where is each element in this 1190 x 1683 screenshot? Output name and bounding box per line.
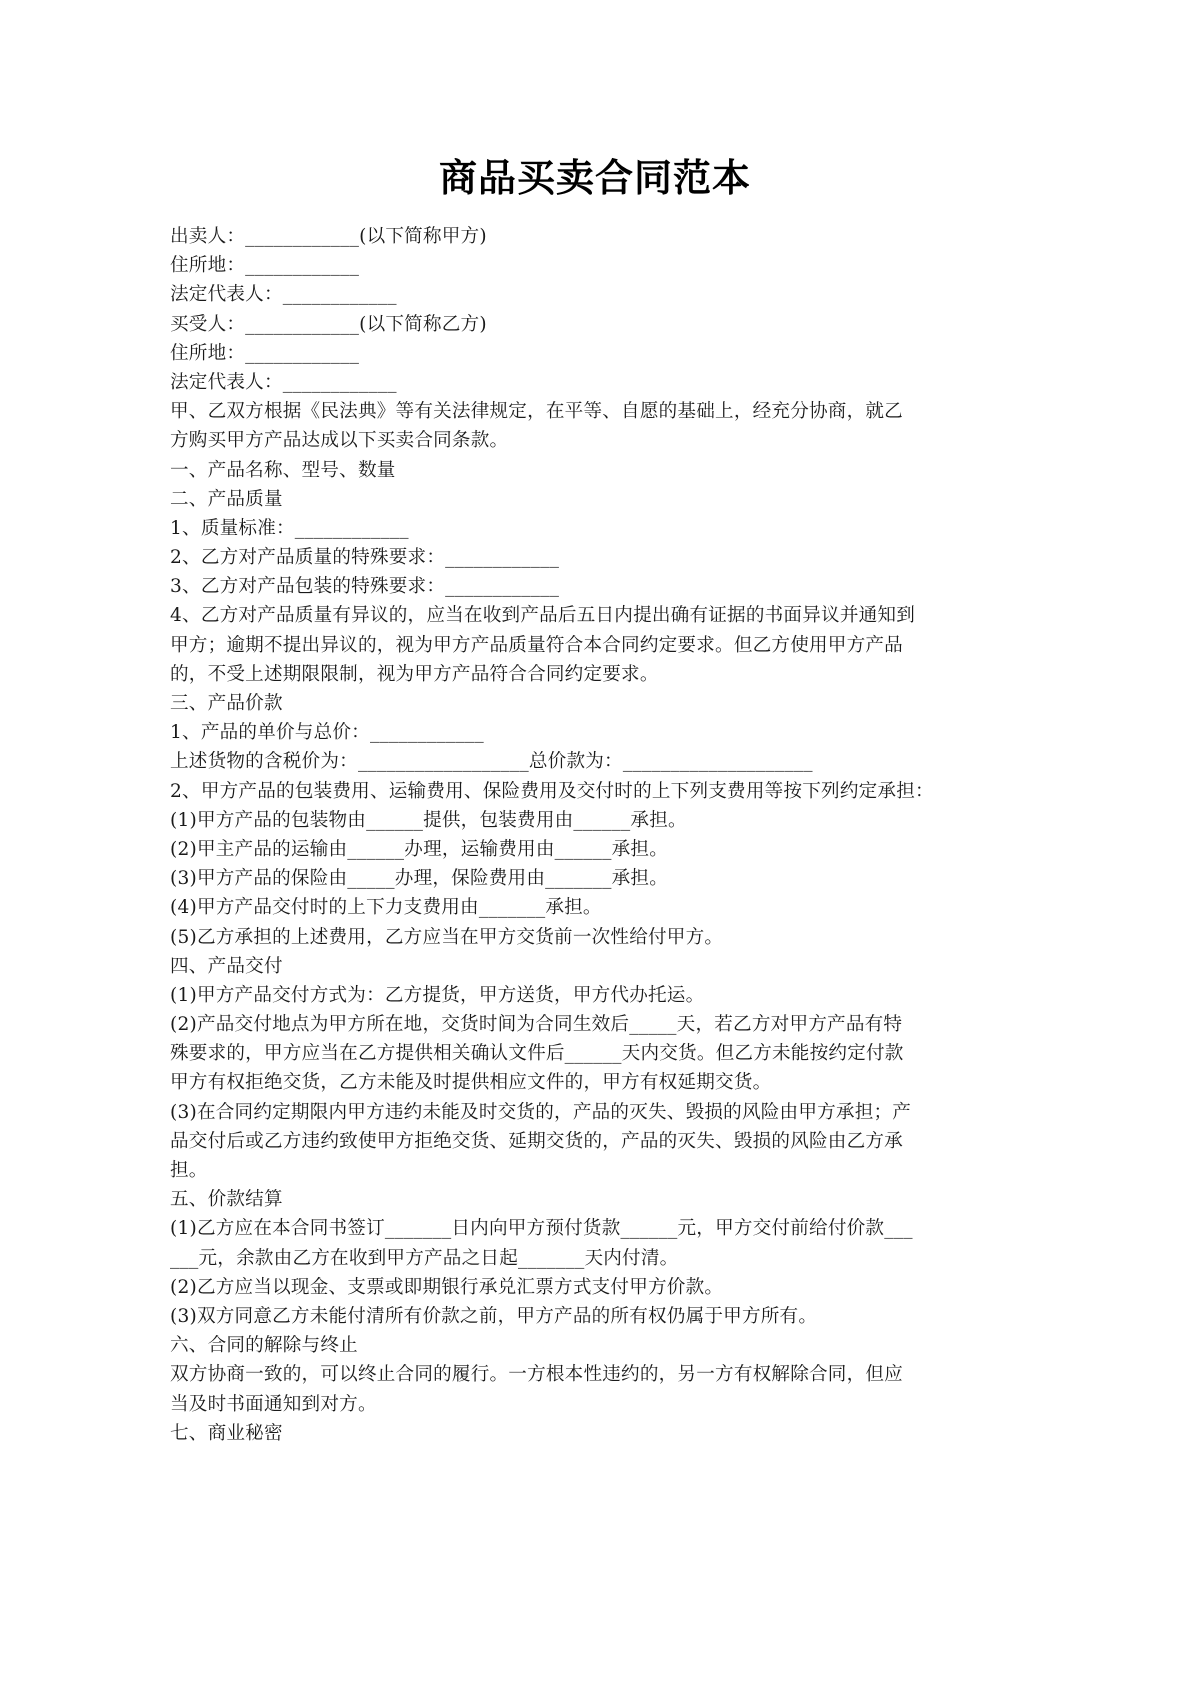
document-title: 商品买卖合同范本 bbox=[0, 152, 1190, 204]
quality-clause-4-line-2: 甲方；逾期不提出异议的，视为甲方产品质量符合本合同约定要求。但乙方使用甲方产品 bbox=[170, 631, 1030, 660]
payment-item-2: (2)乙方应当以现金、支票或即期银行承兑汇票方式支付甲方价款。 bbox=[170, 1273, 1030, 1302]
price-clause-2: 2、甲方产品的包装费用、运输费用、保险费用及交付时的上下列支费用等按下列约定承担… bbox=[170, 777, 1030, 806]
price-tax-line: 上述货物的含税价为：__________________总价款为：_______… bbox=[170, 747, 1030, 776]
seller-address-line: 住所地：____________ bbox=[170, 251, 1030, 280]
termination-line-2: 当及时书面通知到对方。 bbox=[170, 1390, 1030, 1419]
section-heading-6: 六、合同的解除与终止 bbox=[170, 1331, 1030, 1360]
section-heading-4: 四、产品交付 bbox=[170, 952, 1030, 981]
buyer-line: 买受人：____________(以下简称乙方) bbox=[170, 310, 1030, 339]
document-page: 商品买卖合同范本 出卖人：____________(以下简称甲方) 住所地：__… bbox=[0, 0, 1190, 1683]
buyer-address-line: 住所地：____________ bbox=[170, 339, 1030, 368]
delivery-item-2-line-1: (2)产品交付地点为甲方所在地，交货时间为合同生效后_____天，若乙方对甲方产… bbox=[170, 1010, 1030, 1039]
section-heading-2: 二、产品质量 bbox=[170, 485, 1030, 514]
payment-item-1-line-1: (1)乙方应在本合同书签订_______日内向甲方预付货款______元，甲方交… bbox=[170, 1214, 1030, 1243]
document-body: 出卖人：____________(以下简称甲方) 住所地：___________… bbox=[170, 222, 1030, 1448]
seller-representative-line: 法定代表人：____________ bbox=[170, 280, 1030, 309]
price-clause-1: 1、产品的单价与总价：____________ bbox=[170, 718, 1030, 747]
quality-clause-2: 2、乙方对产品质量的特殊要求：____________ bbox=[170, 543, 1030, 572]
cost-item-2: (2)甲主产品的运输由______办理，运输费用由______承担。 bbox=[170, 835, 1030, 864]
delivery-item-2-line-2: 殊要求的，甲方应当在乙方提供相关确认文件后______天内交货。但乙方未能按约定… bbox=[170, 1039, 1030, 1068]
cost-item-1: (1)甲方产品的包装物由______提供，包装费用由______承担。 bbox=[170, 806, 1030, 835]
quality-clause-4-line-1: 4、乙方对产品质量有异议的，应当在收到产品后五日内提出确有证据的书面异议并通知到 bbox=[170, 601, 1030, 630]
preamble-line-1: 甲、乙双方根据《民法典》等有关法律规定，在平等、自愿的基础上，经充分协商，就乙 bbox=[170, 397, 1030, 426]
buyer-representative-line: 法定代表人：____________ bbox=[170, 368, 1030, 397]
payment-item-1-line-2: ___元，余款由乙方在收到甲方产品之日起_______天内付清。 bbox=[170, 1244, 1030, 1273]
section-heading-5: 五、价款结算 bbox=[170, 1185, 1030, 1214]
cost-item-4: (4)甲方产品交付时的上下力支费用由_______承担。 bbox=[170, 893, 1030, 922]
quality-clause-3: 3、乙方对产品包装的特殊要求：____________ bbox=[170, 572, 1030, 601]
quality-clause-1: 1、质量标准：____________ bbox=[170, 514, 1030, 543]
cost-item-3: (3)甲方产品的保险由_____办理，保险费用由_______承担。 bbox=[170, 864, 1030, 893]
section-heading-7: 七、商业秘密 bbox=[170, 1419, 1030, 1448]
quality-clause-4-line-3: 的，不受上述期限限制，视为甲方产品符合合同约定要求。 bbox=[170, 660, 1030, 689]
cost-item-5: (5)乙方承担的上述费用，乙方应当在甲方交货前一次性给付甲方。 bbox=[170, 923, 1030, 952]
preamble-line-2: 方购买甲方产品达成以下买卖合同条款。 bbox=[170, 426, 1030, 455]
section-heading-3: 三、产品价款 bbox=[170, 689, 1030, 718]
payment-item-3: (3)双方同意乙方未能付清所有价款之前，甲方产品的所有权仍属于甲方所有。 bbox=[170, 1302, 1030, 1331]
delivery-item-3-line-1: (3)在合同约定期限内甲方违约未能及时交货的，产品的灭失、毁损的风险由甲方承担；… bbox=[170, 1098, 1030, 1127]
section-heading-1: 一、产品名称、型号、数量 bbox=[170, 456, 1030, 485]
delivery-item-3-line-2: 品交付后或乙方违约致使甲方拒绝交货、延期交货的，产品的灭失、毁损的风险由乙方承 bbox=[170, 1127, 1030, 1156]
delivery-item-2-line-3: 甲方有权拒绝交货，乙方未能及时提供相应文件的，甲方有权延期交货。 bbox=[170, 1068, 1030, 1097]
termination-line-1: 双方协商一致的，可以终止合同的履行。一方根本性违约的，另一方有权解除合同，但应 bbox=[170, 1360, 1030, 1389]
delivery-item-3-line-3: 担。 bbox=[170, 1156, 1030, 1185]
delivery-item-1: (1)甲方产品交付方式为：乙方提货，甲方送货，甲方代办托运。 bbox=[170, 981, 1030, 1010]
seller-line: 出卖人：____________(以下简称甲方) bbox=[170, 222, 1030, 251]
